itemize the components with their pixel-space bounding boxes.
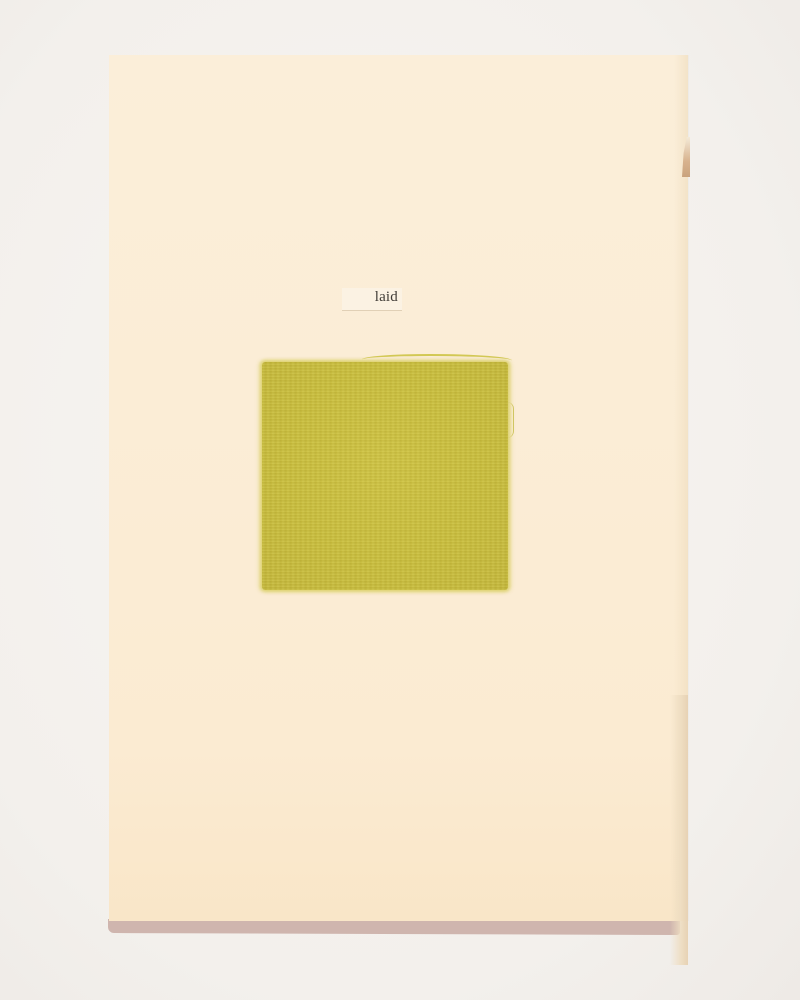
paper-shadow bbox=[108, 919, 680, 935]
page-edge-wear bbox=[670, 695, 688, 965]
book-page: laid bbox=[109, 55, 688, 921]
word-label-strip: laid bbox=[342, 288, 402, 310]
swatch-loose-thread bbox=[507, 402, 514, 438]
swatch-fringe bbox=[362, 354, 512, 366]
fabric-swatch bbox=[262, 362, 508, 590]
word-label: laid bbox=[375, 289, 398, 306]
